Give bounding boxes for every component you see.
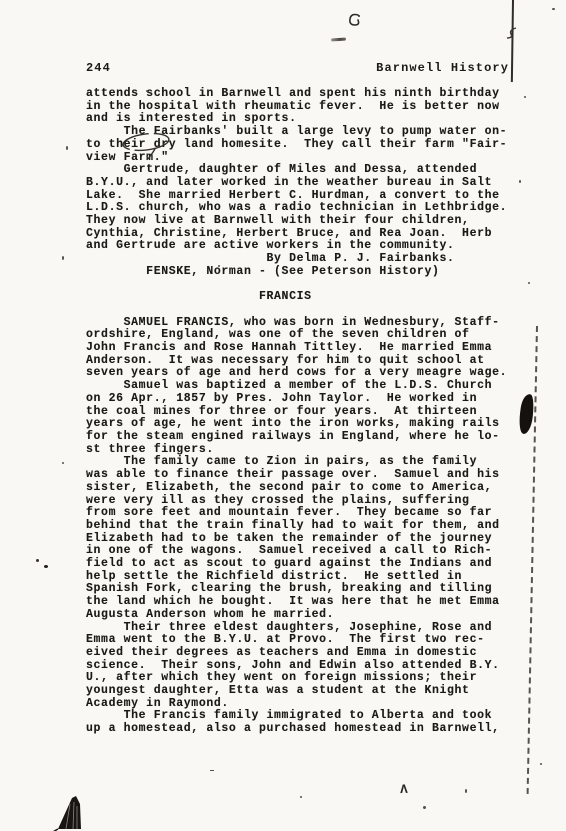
smudge-mark: [331, 37, 346, 41]
speck: [540, 763, 542, 765]
binding-hook-mark: [503, 26, 519, 42]
squiggle-mark: [346, 12, 364, 32]
speck: [524, 96, 526, 98]
speck: [218, 265, 220, 267]
speck: [300, 796, 302, 798]
speck: [528, 282, 530, 284]
speck: [423, 806, 426, 809]
speck: [62, 462, 64, 464]
page-header: 244 Barnwell History: [86, 61, 509, 75]
ink-blob: [518, 393, 536, 434]
speck: [210, 770, 214, 771]
speck: [62, 256, 64, 260]
speck: [66, 146, 68, 150]
running-header: Barnwell History: [376, 61, 509, 75]
page-body-text: attends school in Barnwell and spent his…: [86, 88, 507, 736]
speck: [519, 180, 521, 183]
ink-blot: [46, 792, 88, 831]
pen-circle-annotation: [114, 131, 186, 165]
speck: [44, 565, 48, 568]
page-number: 244: [86, 61, 111, 75]
speck: [552, 8, 555, 10]
speck: [465, 789, 467, 793]
caret-mark: Λ: [400, 782, 408, 797]
scanned-page: 244 Barnwell History attends school in B…: [0, 0, 566, 831]
speck: [36, 559, 39, 562]
speck: [146, 90, 148, 92]
